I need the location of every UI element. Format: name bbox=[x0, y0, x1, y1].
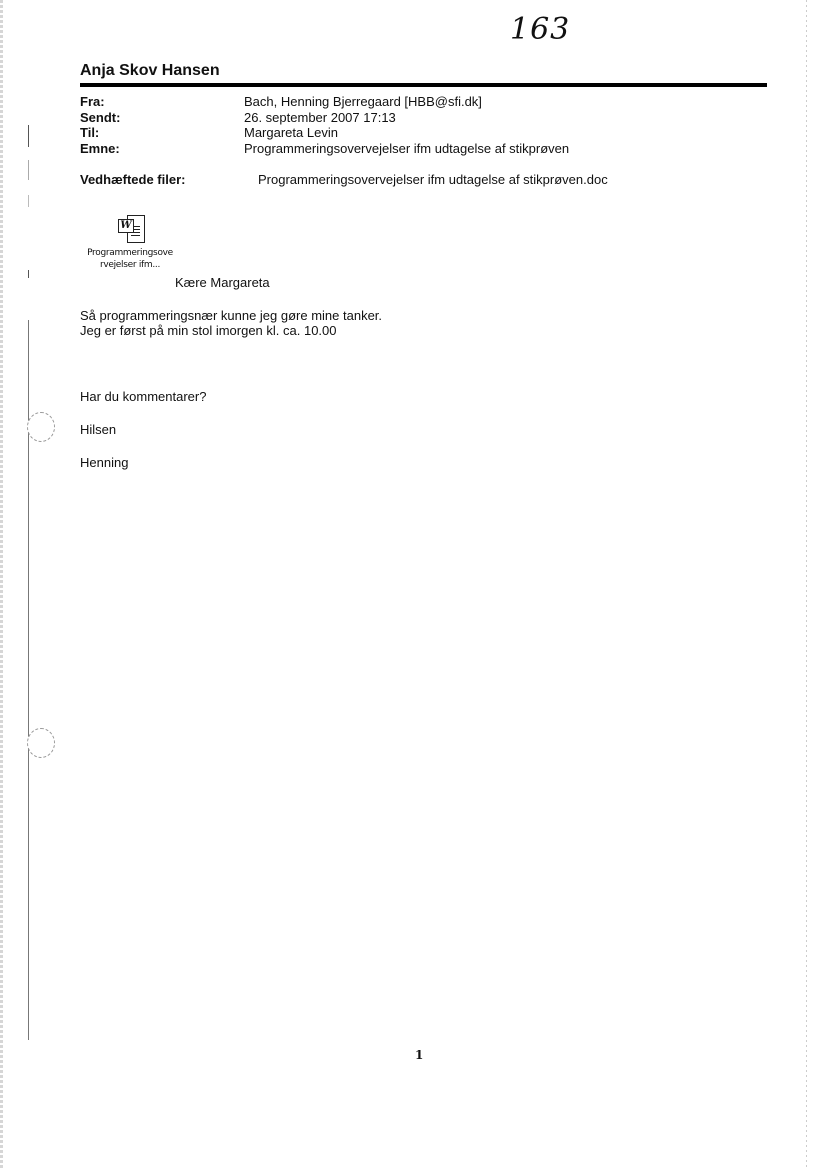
page-number: 1 bbox=[415, 1048, 423, 1062]
attachment-caption-line: Programmeringsove bbox=[80, 247, 180, 259]
field-value-to: Margareta Levin bbox=[244, 125, 338, 141]
word-document-icon[interactable]: W bbox=[115, 213, 145, 243]
field-value-from: Bach, Henning Bjerregaard [HBB@sfi.dk] bbox=[244, 94, 482, 110]
email-question: Har du kommentarer? bbox=[80, 389, 206, 404]
field-to: Til: Margareta Levin bbox=[80, 125, 569, 141]
email-header-fields: Fra: Bach, Henning Bjerregaard [HBB@sfi.… bbox=[80, 94, 569, 156]
handwritten-page-annotation: 163 bbox=[510, 12, 570, 47]
margin-mark bbox=[28, 270, 29, 278]
email-body-line: Jeg er først på min stol imorgen kl. ca.… bbox=[80, 323, 337, 338]
field-label: Emne: bbox=[80, 141, 244, 157]
attachments-label: Vedhæftede filer: bbox=[80, 172, 258, 187]
field-value-sent: 26. september 2007 17:13 bbox=[244, 110, 396, 126]
attachment-caption-line: rvejelser ifm... bbox=[80, 259, 180, 271]
attachment-filename[interactable]: Programmeringsovervejelser ifm udtagelse… bbox=[258, 172, 608, 187]
header-rule bbox=[80, 83, 767, 87]
document-owner-name: Anja Skov Hansen bbox=[80, 62, 220, 80]
margin-mark bbox=[28, 195, 29, 207]
field-label: Fra: bbox=[80, 94, 244, 110]
field-sent: Sendt: 26. september 2007 17:13 bbox=[80, 110, 569, 126]
attachments-row: Vedhæftede filer: Programmeringsoverveje… bbox=[80, 172, 608, 187]
punch-hole bbox=[27, 728, 55, 758]
scan-edge-right bbox=[806, 0, 807, 1168]
field-subject: Emne: Programmeringsovervejelser ifm udt… bbox=[80, 141, 569, 157]
word-w-badge: W bbox=[118, 219, 134, 233]
scan-edge-left bbox=[0, 0, 3, 1168]
email-signature: Henning bbox=[80, 455, 128, 470]
margin-mark bbox=[28, 160, 29, 180]
email-greeting: Kære Margareta bbox=[175, 275, 270, 290]
email-body-line: Så programmeringsnær kunne jeg gøre mine… bbox=[80, 308, 382, 323]
attachment-caption: Programmeringsove rvejelser ifm... bbox=[80, 247, 180, 271]
field-label: Til: bbox=[80, 125, 244, 141]
attachment-icon-block[interactable]: W Programmeringsove rvejelser ifm... bbox=[80, 213, 180, 271]
punch-hole bbox=[27, 412, 55, 442]
field-from: Fra: Bach, Henning Bjerregaard [HBB@sfi.… bbox=[80, 94, 569, 110]
field-value-subject: Programmeringsovervejelser ifm udtagelse… bbox=[244, 141, 569, 157]
email-closing: Hilsen bbox=[80, 422, 116, 437]
field-label: Sendt: bbox=[80, 110, 244, 126]
margin-mark bbox=[28, 125, 29, 147]
